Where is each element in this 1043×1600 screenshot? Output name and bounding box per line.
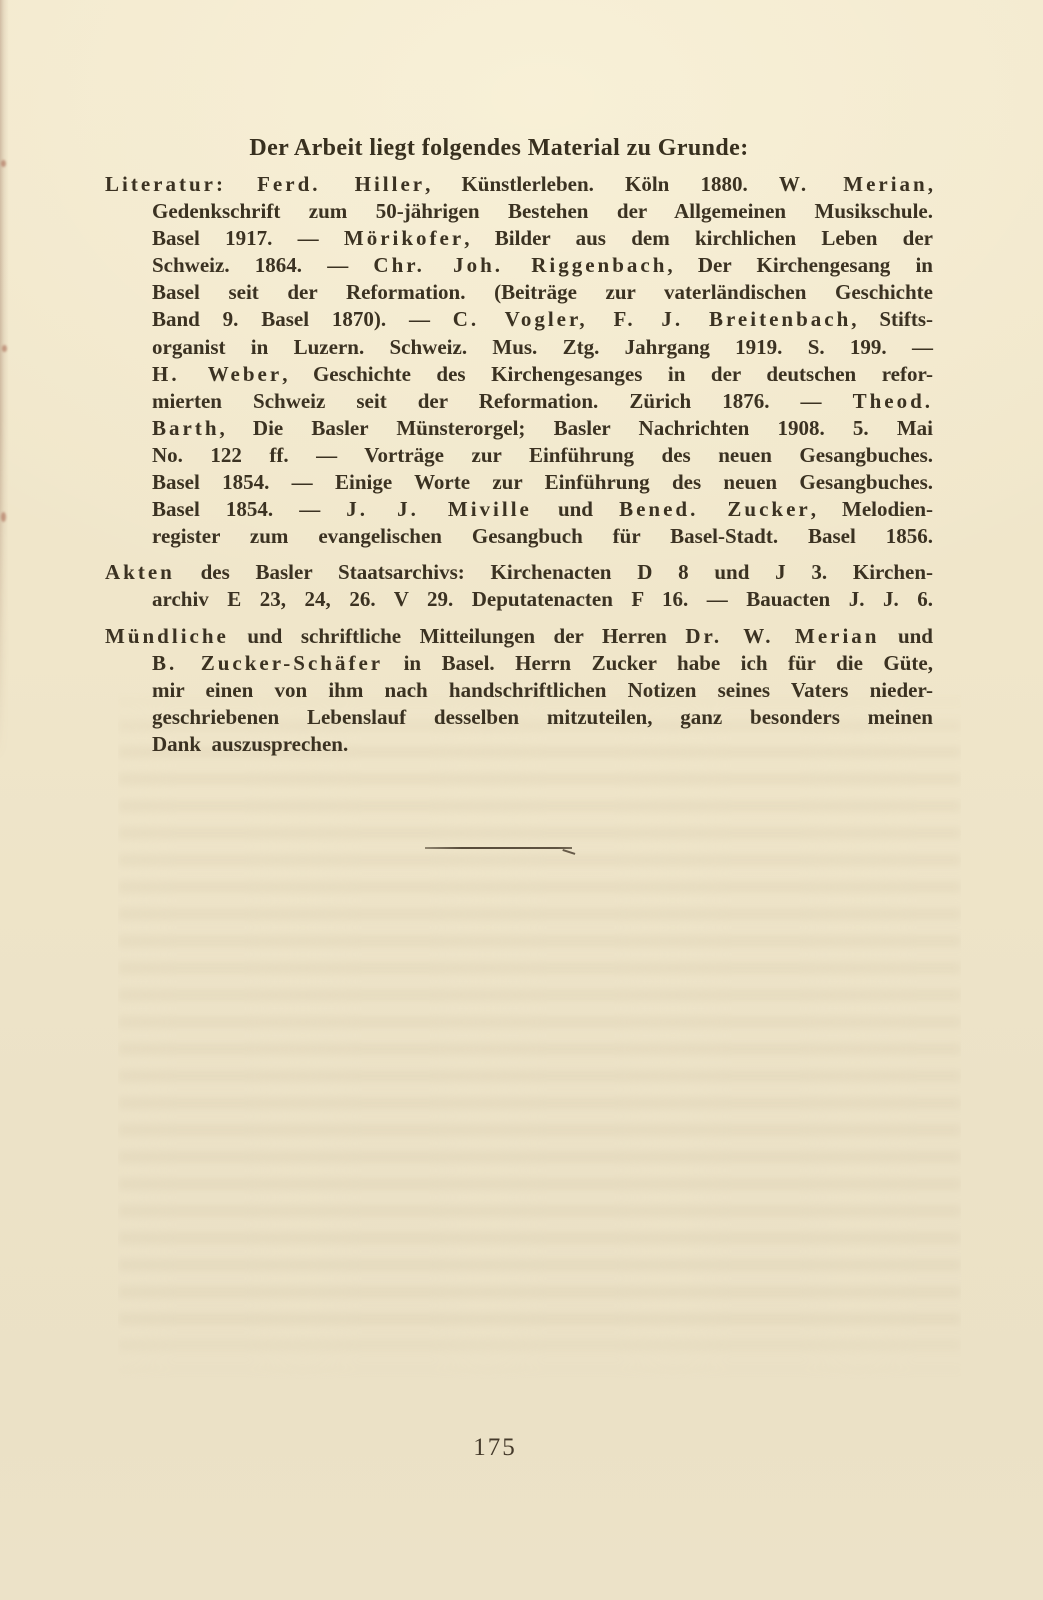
text-segment: , Geschichte des Kirchengesanges in der … [282, 362, 933, 386]
text-segment: , Stifts- [851, 307, 933, 331]
text-segment: Band 9. Basel 1870). — [152, 307, 453, 331]
scan-edge-speck [2, 345, 7, 352]
text-segment: in Basel. Herrn Zucker habe ich für die … [383, 651, 933, 675]
text-line: Basel seit der Reformation. (Beiträge zu… [105, 279, 933, 306]
text-line: Basel 1917. — Mörikofer, Bilder aus dem … [105, 225, 933, 252]
text-line: Literatur: Ferd. Hiller, Künstlerleben. … [105, 171, 933, 198]
text-segment: No. 122 ff. — Vorträge zur Einführung de… [152, 443, 933, 467]
text-line: Gedenkschrift zum 50-jährigen Bestehen d… [105, 198, 933, 225]
letterspaced-segment: Mörikofer [344, 226, 464, 250]
scan-edge-shadow [0, 0, 9, 760]
text-line: Mündliche und schriftliche Mitteilungen … [105, 623, 933, 650]
letterspaced-segment: Literatur: [105, 172, 226, 196]
section-divider [425, 847, 572, 849]
text-segment: des Basler Staatsarchivs: Kirchenacten D… [175, 560, 933, 584]
letterspaced-segment: Chr. Joh. Riggenbach [373, 253, 667, 277]
letterspaced-segment: H. Weber [152, 362, 282, 386]
scan-edge-speck [1, 160, 6, 167]
paragraph-literatur: Literatur: Ferd. Hiller, Künstlerleben. … [105, 171, 933, 550]
letterspaced-segment: Mündliche [105, 624, 229, 648]
scanned-book-page: Der Arbeit liegt folgendes Material zu G… [0, 0, 1043, 1600]
text-line: B. Zucker-Schäfer in Basel. Herrn Zucker… [105, 650, 933, 677]
text-segment: mierten Schweiz seit der Reformation. Zü… [152, 389, 853, 413]
text-segment: Basel 1854. — [152, 497, 346, 521]
text-block: Der Arbeit liegt folgendes Material zu G… [105, 133, 933, 758]
letterspaced-segment: C. Vogler, F. J. Breitenbach [453, 307, 852, 331]
text-segment: register zum evangelischen Gesangbuch fü… [152, 524, 933, 548]
paragraph-akten: Akten des Basler Staatsarchivs: Kirchena… [105, 559, 933, 613]
text-line: archiv E 23, 24, 26. V 29. Deputatenacte… [105, 586, 933, 613]
text-segment: Schweiz. 1864. — [152, 253, 373, 277]
text-line: Akten des Basler Staatsarchivs: Kirchena… [105, 559, 933, 586]
text-segment: archiv E 23, 24, 26. V 29. Deputatenacte… [152, 587, 933, 611]
text-segment: organist in Luzern. Schweiz. Mus. Ztg. J… [152, 335, 933, 359]
text-line: mierten Schweiz seit der Reformation. Zü… [105, 388, 933, 415]
text-segment: und [879, 624, 933, 648]
text-line: Basel 1854. — J. J. Miville und Bened. Z… [105, 496, 933, 523]
text-segment: und [532, 497, 619, 521]
text-segment: , [928, 172, 933, 196]
text-line: Schweiz. 1864. — Chr. Joh. Riggenbach, D… [105, 252, 933, 279]
text-segment: mir einen von ihm nach handschriftlichen… [152, 678, 933, 702]
text-segment: , Künstlerleben. Köln 1880. [425, 172, 779, 196]
letterspaced-segment: B. Zucker-Schäfer [152, 651, 383, 675]
text-segment: , Melodien- [811, 497, 933, 521]
text-segment: geschriebenen Lebenslauf desselben mitzu… [152, 705, 933, 729]
text-line: mir einen von ihm nach handschriftlichen… [105, 677, 933, 704]
text-segment: Dank auszusprechen. [152, 732, 348, 756]
verso-show-through [118, 692, 961, 1380]
page-number: 175 [90, 1434, 900, 1462]
text-line: Barth, Die Basler Münsterorgel; Basler N… [105, 415, 933, 442]
text-segment: Gedenkschrift zum 50-jährigen Bestehen d… [152, 199, 933, 223]
text-segment: Basel 1854. — Einige Worte zur Einführun… [152, 470, 933, 494]
letterspaced-segment: Akten [105, 560, 175, 584]
text-line: Band 9. Basel 1870). — C. Vogler, F. J. … [105, 306, 933, 333]
text-segment [226, 172, 257, 196]
letterspaced-segment: J. J. Miville [346, 497, 532, 521]
text-line: register zum evangelischen Gesangbuch fü… [105, 523, 933, 550]
text-segment: und schriftliche Mitteilungen der Herren [229, 624, 685, 648]
text-line: No. 122 ff. — Vorträge zur Einführung de… [105, 442, 933, 469]
paragraph-mitteilungen: Mündliche und schriftliche Mitteilungen … [105, 623, 933, 758]
letterspaced-segment: Ferd. Hiller [257, 172, 425, 196]
text-segment: , Bilder aus dem kirchlichen Leben der [464, 226, 933, 250]
letterspaced-segment: Dr. W. Merian [685, 624, 879, 648]
letterspaced-segment: W. Merian [779, 172, 928, 196]
text-line: H. Weber, Geschichte des Kirchengesanges… [105, 361, 933, 388]
text-segment: , Die Basler Münsterorgel; Basler Nachri… [220, 416, 934, 440]
text-line: Dank auszusprechen. [105, 731, 933, 758]
text-line: geschriebenen Lebenslauf desselben mitzu… [105, 704, 933, 731]
letterspaced-segment: Barth [152, 416, 220, 440]
text-segment: Basel seit der Reformation. (Beiträge zu… [152, 280, 933, 304]
text-segment: , Der Kirchengesang in [667, 253, 933, 277]
bibliography-paragraphs: Literatur: Ferd. Hiller, Künstlerleben. … [105, 171, 933, 758]
letterspaced-segment: Bened. Zucker [619, 497, 811, 521]
letterspaced-segment: Theod. [853, 389, 933, 413]
text-line: Basel 1854. — Einige Worte zur Einführun… [105, 469, 933, 496]
scan-edge-speck [1, 512, 6, 522]
section-heading: Der Arbeit liegt folgendes Material zu G… [105, 133, 933, 164]
text-line: organist in Luzern. Schweiz. Mus. Ztg. J… [105, 334, 933, 361]
text-segment: Basel 1917. — [152, 226, 344, 250]
